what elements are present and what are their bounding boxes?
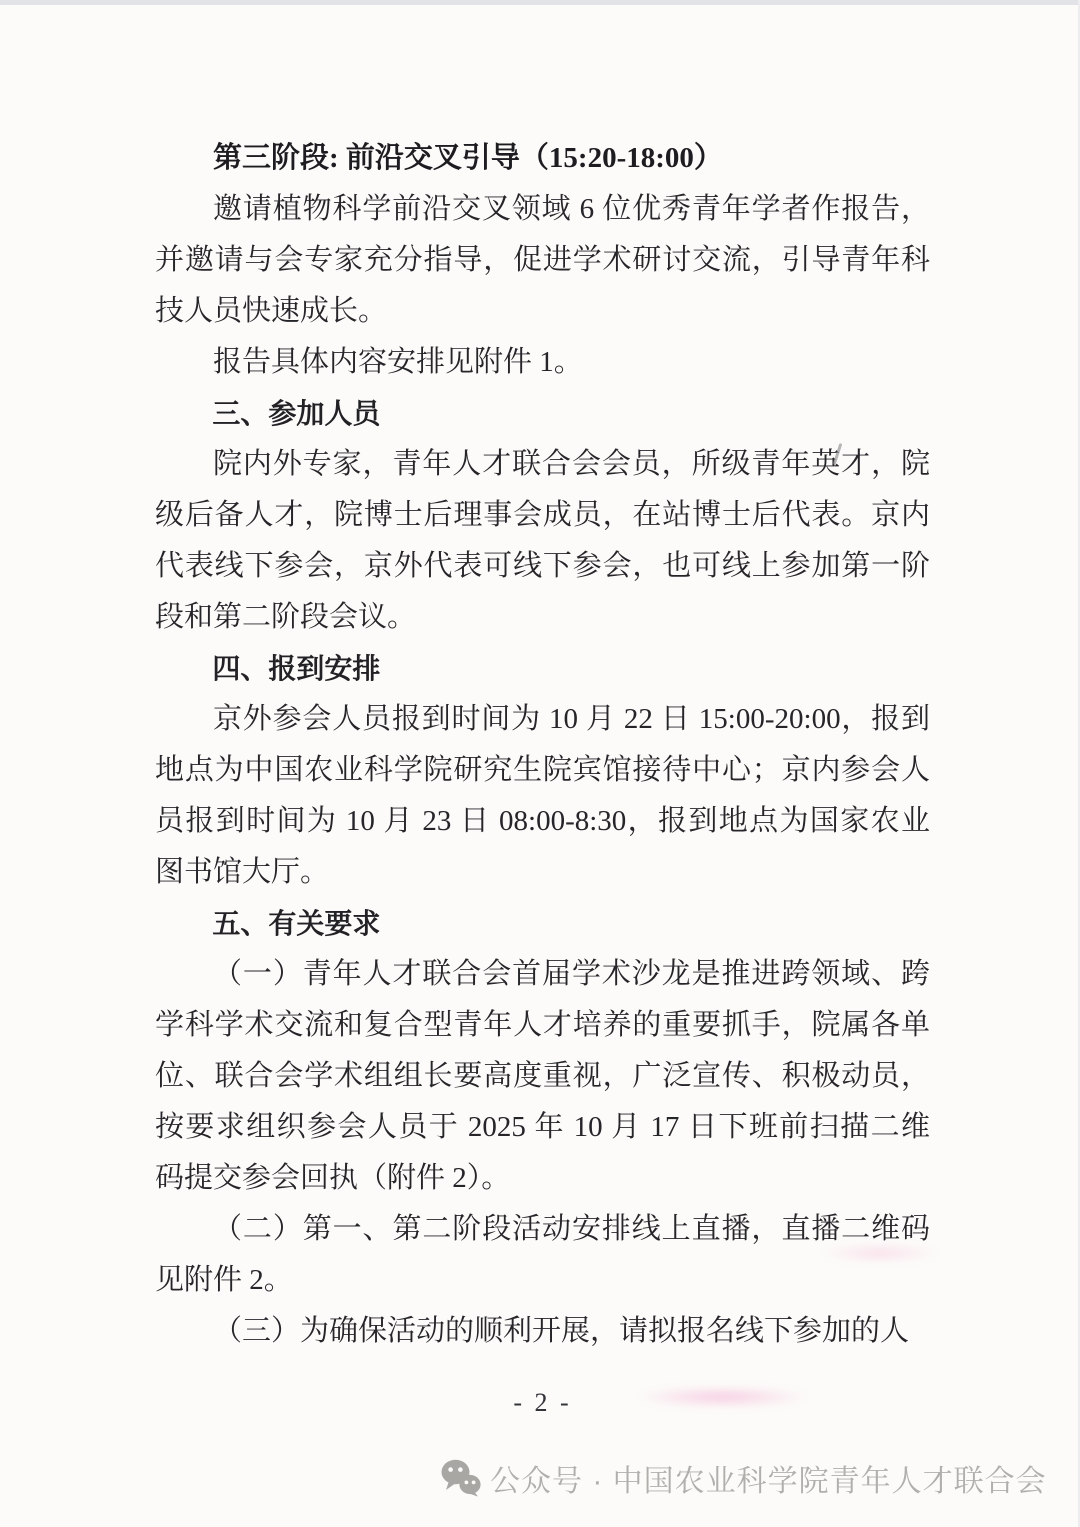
text-line: 级后备人才，院博士后理事会成员，在站博士后代表。京内 [155,490,930,541]
text-line: 并邀请与会专家充分指导，促进学术研讨交流，引导青年科 [155,235,930,286]
stage-three-paragraph: 邀请植物科学前沿交叉领域 6 位优秀青年学者作报告，并邀请与会专家充分指导，促进… [155,184,930,337]
text-line: （三）为确保活动的顺利开展，请拟报名线下参加的人 [155,1306,930,1357]
document-content: 第三阶段: 前沿交叉引导（15:20-18:00）邀请植物科学前沿交叉领域 6 … [155,133,930,1357]
text-line: 报告具体内容安排见附件 1。 [155,337,930,388]
text-line: 员报到时间为 10 月 23 日 08:00-8:30，报到地点为国家农业 [155,796,930,847]
watermark-footer: 公众号 · 中国农业科学院青年人才联合会 [441,1456,1047,1500]
text-line: 按要求组织参会人员于 2025 年 10 月 17 日下班前扫描二维 [155,1102,930,1153]
text-line: 段和第二阶段会议。 [155,592,930,643]
text-line: （一）青年人才联合会首届学术沙龙是推进跨领域、跨 [155,949,930,1000]
text-line: 邀请植物科学前沿交叉领域 6 位优秀青年学者作报告， [155,184,930,235]
requirement-3-paragraph: （三）为确保活动的顺利开展，请拟报名线下参加的人 [155,1306,930,1357]
watermark-text: 公众号 · 中国农业科学院青年人才联合会 [490,1456,1047,1500]
stage-three-heading: 第三阶段: 前沿交叉引导（15:20-18:00） [155,133,930,184]
requirement-2-paragraph: （二）第一、第二阶段活动安排线上直播，直播二维码见附件 2。 [155,1204,930,1306]
registration-paragraph: 京外参会人员报到时间为 10 月 22 日 15:00-20:00，报到地点为中… [155,694,930,898]
text-line: 地点为中国农业科学院研究生院宾馆接待中心；京内参会人 [155,745,930,796]
wechat-icon [441,1459,481,1497]
section-heading-requirements: 五、有关要求 [155,898,930,949]
text-line: 京外参会人员报到时间为 10 月 22 日 15:00-20:00，报到 [155,694,930,745]
text-line: 见附件 2。 [155,1255,930,1306]
text-line: （二）第一、第二阶段活动安排线上直播，直播二维码 [155,1204,930,1255]
document-page: 第三阶段: 前沿交叉引导（15:20-18:00）邀请植物科学前沿交叉领域 6 … [0,0,1080,1527]
text-line: 码提交参会回执（附件 2）。 [155,1153,930,1204]
text-line: 位、联合会学术组组长要高度重视，广泛宣传、积极动员， [155,1051,930,1102]
text-line: 院内外专家，青年人才联合会会员，所级青年英才，院 [155,439,930,490]
scan-edge-top [0,0,1080,5]
page-number: - 2 - [155,1383,930,1423]
section-heading-registration: 四、报到安排 [155,643,930,694]
requirement-1-paragraph: （一）青年人才联合会首届学术沙龙是推进跨领域、跨学科学术交流和复合型青年人才培养… [155,949,930,1204]
text-line: 图书馆大厅。 [155,847,930,898]
report-arrangement-note: 报告具体内容安排见附件 1。 [155,337,930,388]
participants-paragraph: 院内外专家，青年人才联合会会员，所级青年英才，院级后备人才，院博士后理事会成员，… [155,439,930,643]
text-line: 学科学术交流和复合型青年人才培养的重要抓手，院属各单 [155,1000,930,1051]
section-heading-participants: 三、参加人员 [155,388,930,439]
text-line: 技人员快速成长。 [155,286,930,337]
text-line: 代表线下参会，京外代表可线下参会，也可线上参加第一阶 [155,541,930,592]
